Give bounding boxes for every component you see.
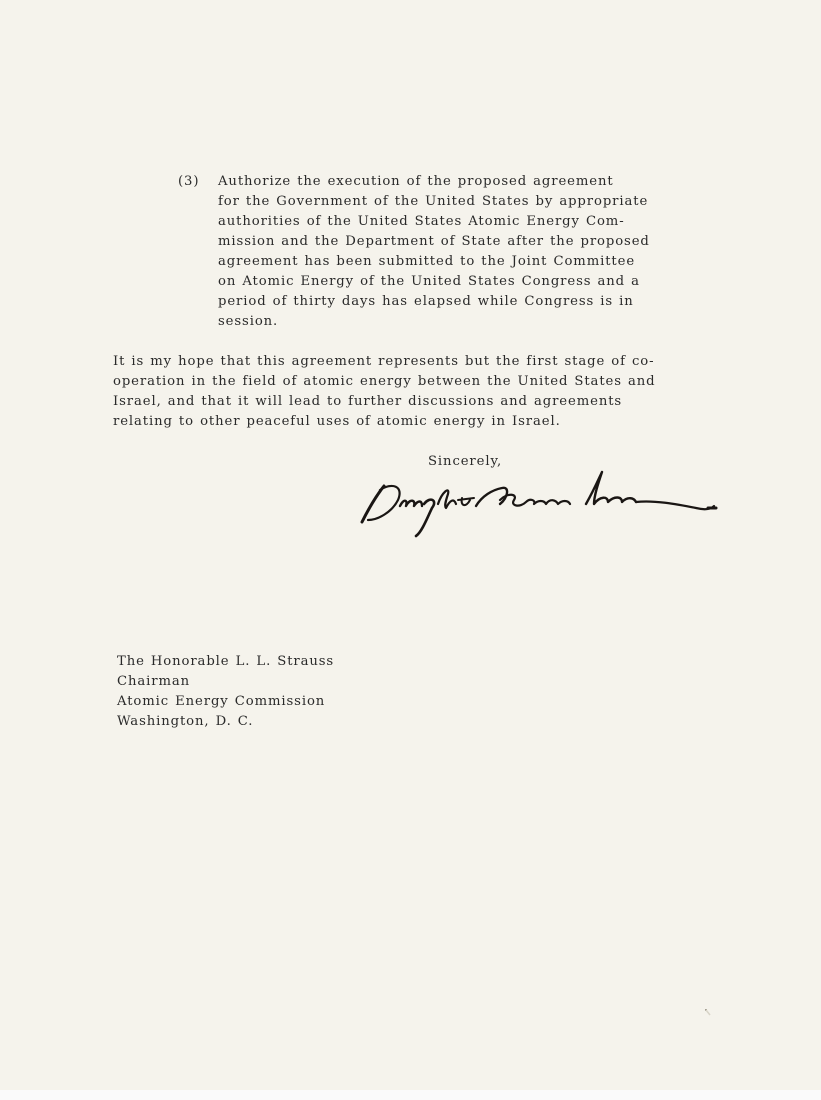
item-line: Authorize the execution of the proposed … [218,172,650,192]
recipient-address: The Honorable L. L. Strauss Chairman Ato… [117,652,334,732]
body-paragraph: It is my hope that this agreement repres… [113,352,655,432]
item-line: on Atomic Energy of the United States Co… [218,272,650,292]
paragraph-line: It is my hope that this agreement repres… [113,352,655,372]
item-number: (3) [178,172,199,192]
paragraph-line: relating to other peaceful uses of atomi… [113,412,655,432]
scan-edge [0,1090,821,1100]
item-line: for the Government of the United States … [218,192,650,212]
address-line: Chairman [117,672,334,692]
paragraph-line: operation in the field of atomic energy … [113,372,655,392]
item-line: mission and the Department of State afte… [218,232,650,252]
closing: Sincerely, [428,452,502,472]
address-line: Washington, D. C. [117,712,334,732]
signature-icon [358,470,723,540]
address-line: The Honorable L. L. Strauss [117,652,334,672]
item-line: authorities of the United States Atomic … [218,212,650,232]
paragraph-line: Israel, and that it will lead to further… [113,392,655,412]
address-line: Atomic Energy Commission [117,692,334,712]
item-text: Authorize the execution of the proposed … [218,172,650,332]
paper-blemish [704,1008,712,1016]
item-line: session. [218,312,650,332]
letter-page: (3) Authorize the execution of the propo… [0,0,821,1090]
item-line: agreement has been submitted to the Join… [218,252,650,272]
item-line: period of thirty days has elapsed while … [218,292,650,312]
